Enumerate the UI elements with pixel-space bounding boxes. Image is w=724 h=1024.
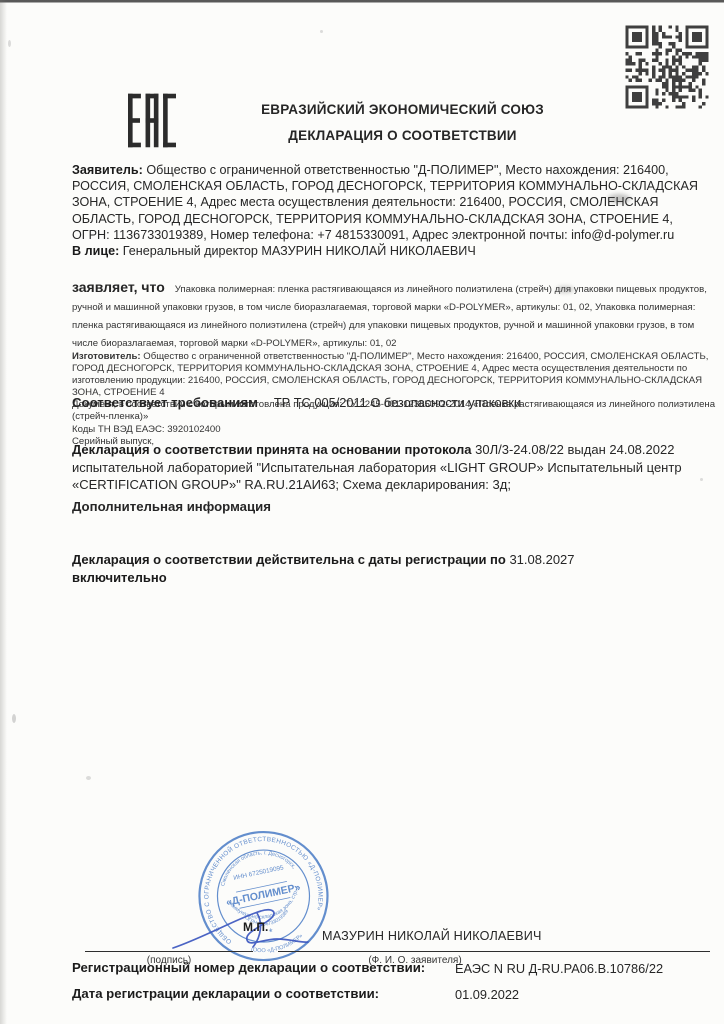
scan-artifact [12, 714, 16, 723]
conformity-label: Соответствует требованиям [72, 395, 258, 410]
validity-date: 31.08.2027 [506, 552, 575, 567]
qr-code-icon [622, 22, 712, 112]
union-name: ЕВРАЗИЙСКИЙ ЭКОНОМИЧЕСКИЙ СОЮЗ [150, 102, 655, 117]
signature-line [85, 951, 253, 952]
product-text: Упаковка полимерная: пленка растягивающа… [72, 284, 707, 349]
declaration-document: ЕВРАЗИЙСКИЙ ЭКОНОМИЧЕСКИЙ СОЮЗ ДЕКЛАРАЦИ… [0, 0, 724, 1024]
basis-label: Декларация о соответствии принята на осн… [72, 442, 472, 457]
manufacturer-text: Общество с ограниченной ответственностью… [72, 351, 708, 398]
validity-suffix: включительно [72, 570, 167, 585]
in-person-label: В лице: [72, 244, 119, 258]
applicant-paragraph: Заявитель: Общество с ограниченной ответ… [72, 162, 700, 243]
scan-artifact [8, 40, 11, 47]
declaration-block: заявляет, чтоУпаковка полимерная: пленка… [72, 279, 722, 448]
in-person-paragraph: В лице: Генеральный директор МАЗУРИН НИК… [72, 243, 700, 259]
applicant-label: Заявитель: [72, 163, 143, 177]
tnved-code-line: Коды ТН ВЭД ЕАЭС: 3920102400 [72, 424, 722, 436]
registration-date-label: Дата регистрации декларации о соответств… [72, 986, 379, 1001]
validity-block: Декларация о соответствии действительна … [72, 551, 704, 586]
scan-artifact [86, 776, 91, 780]
manufacturer-paragraph: Изготовитель: Общество с ограниченной от… [72, 351, 722, 399]
scan-artifact [700, 478, 703, 481]
conformity-block: Соответствует требованиямТР ТС 005/2011 … [72, 395, 521, 410]
name-line [278, 951, 710, 952]
registration-number-label: Регистрационный номер декларации о соотв… [72, 960, 425, 975]
in-person-text: Генеральный директор МАЗУРИН НИКОЛАЙ НИК… [119, 244, 475, 258]
signatory-name: МАЗУРИН НИКОЛАЙ НИКОЛАЕВИЧ [322, 929, 542, 943]
additional-info-label: Дополнительная информация [72, 499, 271, 514]
scan-artifact [608, 194, 630, 203]
applicant-block: Заявитель: Общество с ограниченной ответ… [72, 162, 700, 259]
applicant-text: Общество с ограниченной ответственностью… [72, 163, 698, 242]
validity-label: Декларация о соответствии действительна … [72, 552, 506, 567]
registration-date-value: 01.09.2022 [455, 987, 519, 1002]
conformity-value: ТР ТС 005/2011 О безопасности упаковки [274, 395, 521, 410]
basis-block: Декларация о соответствии принята на осн… [72, 441, 704, 494]
seal-place-label: М.П. [243, 920, 268, 934]
scan-artifact [556, 286, 574, 293]
registration-number-value: ЕАЭС N RU Д-RU.РА06.В.10786/22 [455, 961, 663, 976]
declares-label: заявляет, что [72, 279, 165, 295]
product-paragraph: заявляет, чтоУпаковка полимерная: пленка… [72, 279, 722, 351]
scan-artifact [320, 30, 323, 33]
stamp-inn: ИНН 6725019095 [233, 864, 285, 882]
document-header: ЕВРАЗИЙСКИЙ ЭКОНОМИЧЕСКИЙ СОЮЗ ДЕКЛАРАЦИ… [150, 102, 655, 143]
page-title: ДЕКЛАРАЦИЯ О СООТВЕТСТВИИ [150, 128, 655, 143]
manufacturer-label: Изготовитель: [72, 351, 141, 362]
